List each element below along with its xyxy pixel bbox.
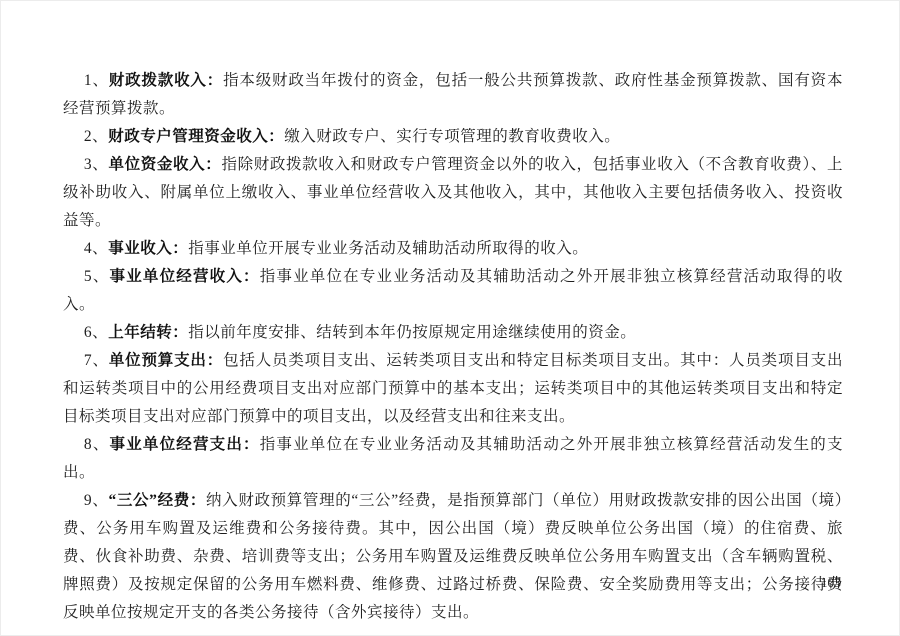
item-number: 8、 — [84, 436, 110, 453]
term-label: 单位预算支出： — [109, 352, 223, 369]
term-definition: 纳入财政预算管理的“三公”经费，是指预算部门（单位）用财政拨款安排的因公出国（境… — [63, 492, 843, 621]
definition-paragraph-3: 3、单位资金收入：指除财政拨款收入和财政专户管理资金以外的收入，包括事业收入（不… — [63, 151, 843, 235]
term-label: 事业单位经营支出： — [110, 436, 260, 453]
page-number: 103 — [821, 573, 841, 593]
definition-paragraph-5: 5、事业单位经营收入：指事业单位在专业业务活动及其辅助活动之外开展非独立核算经营… — [63, 263, 843, 319]
term-label: 财政拨款收入： — [109, 72, 223, 89]
term-definition: 指以前年度安排、结转到本年仍按原规定用途继续使用的资金。 — [188, 324, 636, 341]
definition-paragraph-2: 2、财政专户管理资金收入：缴入财政专户、实行专项管理的教育收费收入。 — [63, 123, 843, 151]
term-definition: 指事业单位开展专业业务活动及辅助活动所取得的收入。 — [188, 240, 588, 257]
term-definition: 缴入财政专户、实行专项管理的教育收费收入。 — [284, 128, 620, 145]
term-label: “三公”经费： — [108, 492, 206, 509]
term-label: 单位资金收入： — [108, 156, 221, 173]
definition-paragraph-6: 6、上年结转：指以前年度安排、结转到本年仍按原规定用途继续使用的资金。 — [63, 319, 843, 347]
item-number: 5、 — [84, 268, 110, 285]
definition-paragraph-7: 7、单位预算支出：包括人员类项目支出、运转类项目支出和特定目标类项目支出。其中：… — [63, 347, 843, 431]
item-number: 4、 — [84, 240, 108, 257]
term-label: 事业收入： — [108, 240, 188, 257]
item-number: 2、 — [84, 128, 108, 145]
definition-paragraph-8: 8、事业单位经营支出：指事业单位在专业业务活动及其辅助活动之外开展非独立核算经营… — [63, 431, 843, 487]
term-label: 财政专户管理资金收入： — [108, 128, 284, 145]
item-number: 7、 — [84, 352, 109, 369]
item-number: 9、 — [84, 492, 109, 509]
item-number: 1、 — [84, 72, 109, 89]
document-body: 1、财政拨款收入：指本级财政当年拨付的资金，包括一般公共预算拨款、政府性基金预算… — [63, 67, 843, 627]
document-page: 1、财政拨款收入：指本级财政当年拨付的资金，包括一般公共预算拨款、政府性基金预算… — [0, 0, 900, 636]
term-label: 事业单位经营收入： — [110, 268, 260, 285]
term-label: 上年结转： — [108, 324, 188, 341]
item-number: 3、 — [84, 156, 109, 173]
definition-paragraph-4: 4、事业收入：指事业单位开展专业业务活动及辅助活动所取得的收入。 — [63, 235, 843, 263]
item-number: 6、 — [84, 324, 108, 341]
definition-paragraph-9: 9、“三公”经费：纳入财政预算管理的“三公”经费，是指预算部门（单位）用财政拨款… — [63, 487, 843, 627]
definition-paragraph-1: 1、财政拨款收入：指本级财政当年拨付的资金，包括一般公共预算拨款、政府性基金预算… — [63, 67, 843, 123]
